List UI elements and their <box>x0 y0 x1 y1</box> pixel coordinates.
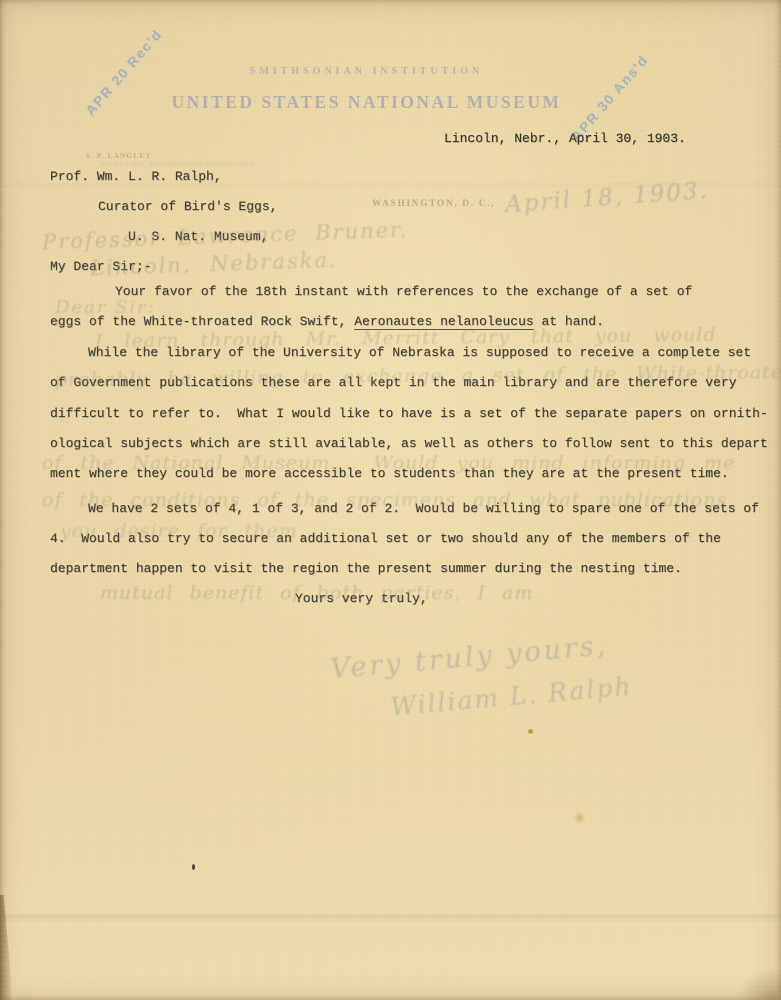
letterhead-museum: UNITED STATES NATIONAL MUSEUM <box>0 92 781 113</box>
letterhead-secretary-name: S. P. LANGLEY <box>86 151 152 160</box>
letterhead-secretary-title: SECRETARY, SMITHSONIAN INSTITUTION <box>100 161 254 168</box>
body-line: difficult to refer to. What I would like… <box>50 407 768 420</box>
ghost-handwritten-line: of the National Museum. Would you mind i… <box>42 452 735 474</box>
paper-stain <box>573 812 586 824</box>
recipient-title: Curator of Bird's Eggs, <box>98 200 277 213</box>
paper-fold-crease <box>0 914 781 926</box>
ghost-handwritten-line: of the conditions of the specimens and w… <box>42 489 727 511</box>
paper-corner-shadow <box>738 968 781 1000</box>
letterhead-institution: SMITHSONIAN INSTITUTION <box>0 66 781 77</box>
recipient-name: Prof. Wm. L. R. Ralph, <box>50 170 222 183</box>
ghost-handwritten-addressee: Professor Lawrence Bruner. <box>42 218 409 255</box>
ghost-handwritten-address: Lincoln, Nebraska. <box>90 248 338 281</box>
ghost-handwritten-signature: William L. Ralph <box>389 671 633 721</box>
body-line: Your favor of the 18th instant with refe… <box>115 285 692 298</box>
dateline: Lincoln, Nebr., April 30, 1903. <box>444 132 686 145</box>
body-line: ological subjects which are still availa… <box>50 437 768 450</box>
ink-speck <box>192 864 195 870</box>
ghost-handwritten-line: you desire for them <box>60 520 298 542</box>
letter-page: APR 20 Rec'd APR 30 Ans'd SMITHSONIAN IN… <box>0 0 781 1000</box>
body-line: department happen to visit the region th… <box>50 562 682 575</box>
ghost-handwritten-line: mutual benefit of both parties, I am <box>100 582 534 604</box>
paper-speck <box>528 729 533 734</box>
letterhead-washington: WASHINGTON, D. C., <box>372 199 495 209</box>
paper-edge-bottom-left <box>0 895 13 1000</box>
ghost-handwritten-salutation: Dear Sir: <box>55 297 156 318</box>
